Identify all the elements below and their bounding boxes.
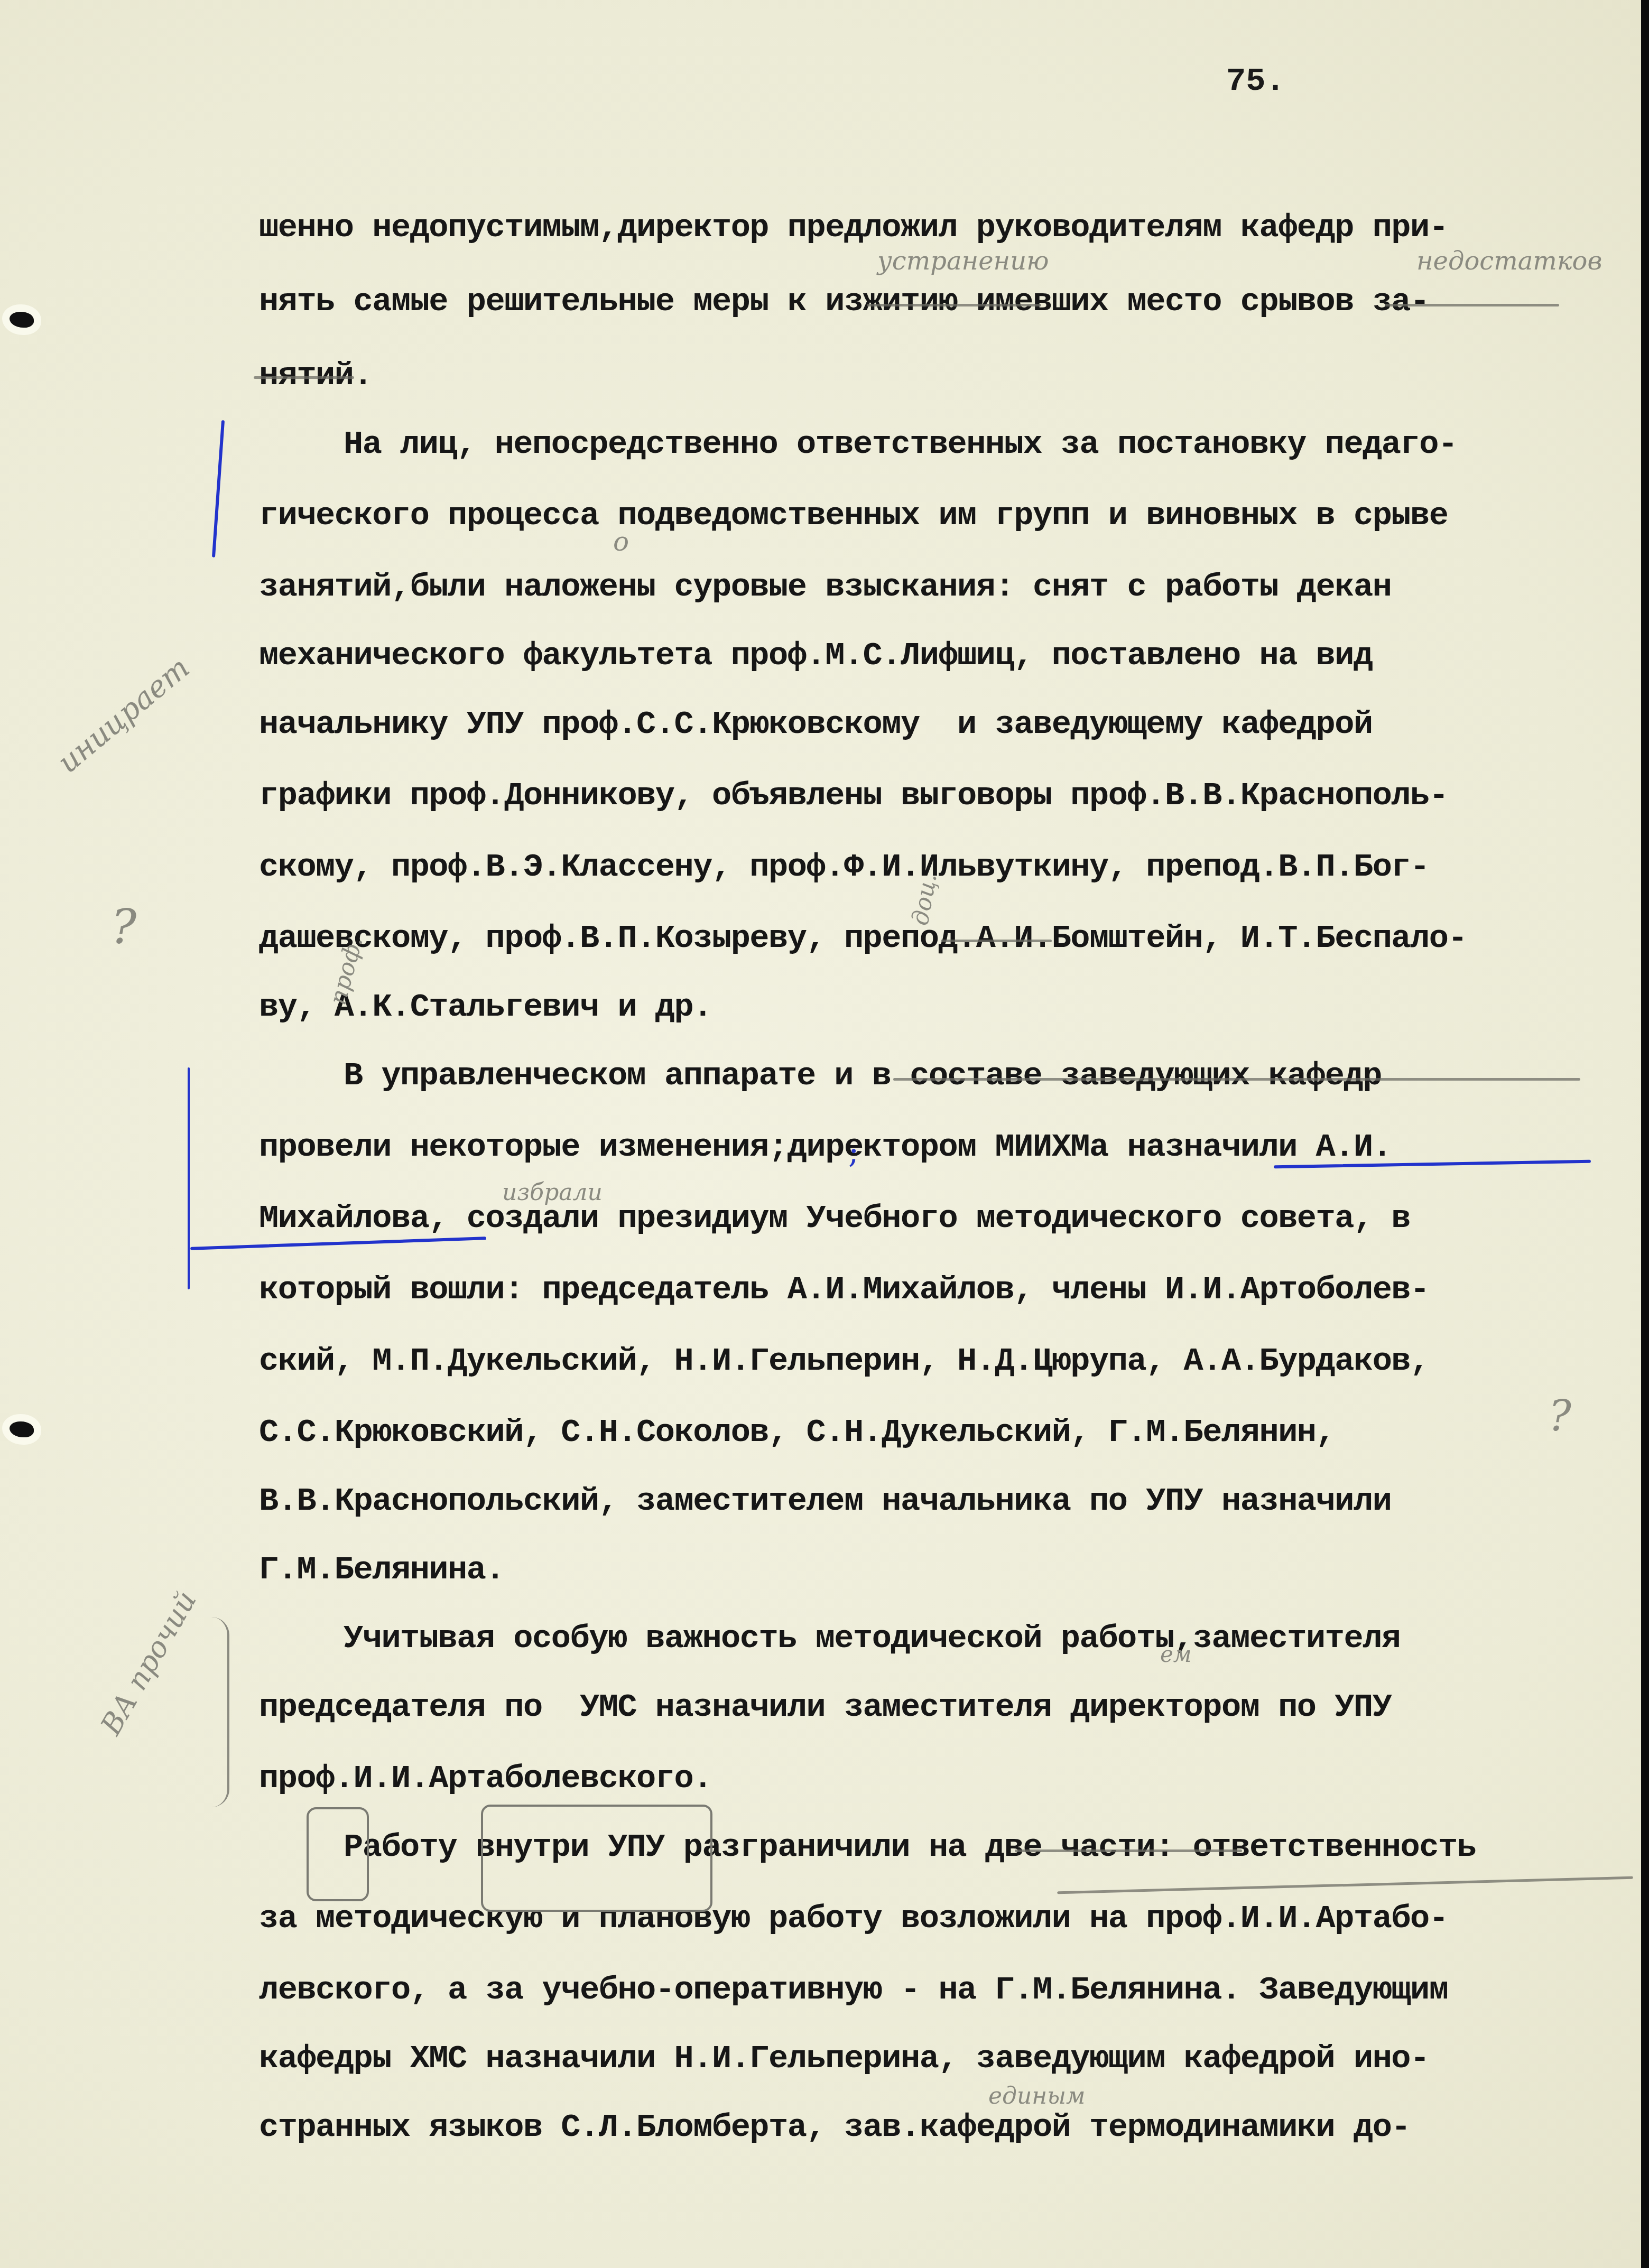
text-line: графики проф.Донникову, объявлены выгово…	[259, 779, 1448, 812]
handwritten-note: устранению	[877, 248, 1049, 274]
blue-semicolon: ;	[848, 1136, 859, 1168]
strikethrough-mark	[254, 376, 354, 379]
text-line: за методическую и плановую работу возлож…	[259, 1902, 1448, 1935]
handwritten-note: избрали	[502, 1181, 603, 1204]
strikethrough-mark	[867, 304, 1041, 306]
text-line: проф.И.И.Артаболевского.	[259, 1762, 712, 1795]
text-line: Г.М.Белянина.	[259, 1554, 504, 1586]
pencil-brace	[211, 1617, 229, 1807]
text-line: ский, М.П.Дукельский, Н.И.Гельперин, Н.Д…	[259, 1345, 1429, 1378]
text-line: На лиц, непосредственно ответственных за…	[344, 428, 1457, 461]
handwritten-note: единым	[988, 2085, 1086, 2108]
strikethrough-mark	[941, 940, 1052, 942]
text-line: кафедры ХМС назначили Н.И.Гельперина, за…	[259, 2042, 1429, 2075]
text-line: занятий,были наложены суровые взыскания:…	[259, 571, 1391, 603]
scan-edge	[1641, 0, 1649, 2268]
text-line: скому, проф.В.Э.Классену, проф.Ф.И.Ильву…	[259, 851, 1429, 884]
text-line: дашевскому, проф.В.П.Козыреву, препод.А.…	[259, 922, 1467, 955]
text-line: В.В.Краснопольский, заместителем начальн…	[259, 1485, 1391, 1518]
strikethrough-mark	[893, 1078, 1580, 1081]
pencil-bracket	[307, 1807, 369, 1901]
handwritten-note: ?	[111, 904, 136, 951]
text-line: странных языков С.Л.Бломберта, зав.кафед…	[259, 2111, 1410, 2144]
handwritten-note: ?	[1549, 1395, 1571, 1437]
text-line: В управленческом аппарате и в составе за…	[344, 1059, 1382, 1092]
text-line: Учитывая особую важность методической ра…	[344, 1622, 1401, 1655]
handwritten-note: о	[613, 528, 629, 555]
handwritten-note: ем	[1160, 1643, 1192, 1666]
blue-margin-line	[188, 1067, 190, 1289]
text-line: начальнику УПУ проф.С.С.Крюковскому и за…	[259, 708, 1373, 741]
pencil-box	[481, 1805, 712, 1912]
text-line: нятий.	[259, 359, 372, 392]
text-line: механического факультета проф.М.С.Лифшиц…	[259, 639, 1373, 672]
text-line: Михайлова, создали президиум Учебного ме…	[259, 1202, 1410, 1235]
text-line: нять самые решительные меры к изжитию им…	[259, 285, 1429, 318]
text-line: провели некоторые изменения;директором М…	[259, 1131, 1391, 1164]
text-line: который вошли: председатель А.И.Михайлов…	[259, 1274, 1429, 1306]
text-line: левского, а за учебно-оперативную - на Г…	[259, 1974, 1448, 2006]
page-number: 75.	[1226, 62, 1285, 100]
text-line: шенно недопустимым,директор предложил ру…	[259, 211, 1448, 244]
text-line: С.С.Крюковский, С.Н.Соколов, С.Н.Дукельс…	[259, 1416, 1335, 1449]
strikethrough-mark	[1015, 1849, 1242, 1852]
strikethrough-mark	[1385, 304, 1559, 306]
text-line: председателя по УМС назначили заместител…	[259, 1691, 1391, 1724]
text-line: гического процесса подведомственных им г…	[259, 499, 1448, 532]
handwritten-note: недостатков	[1416, 248, 1602, 274]
